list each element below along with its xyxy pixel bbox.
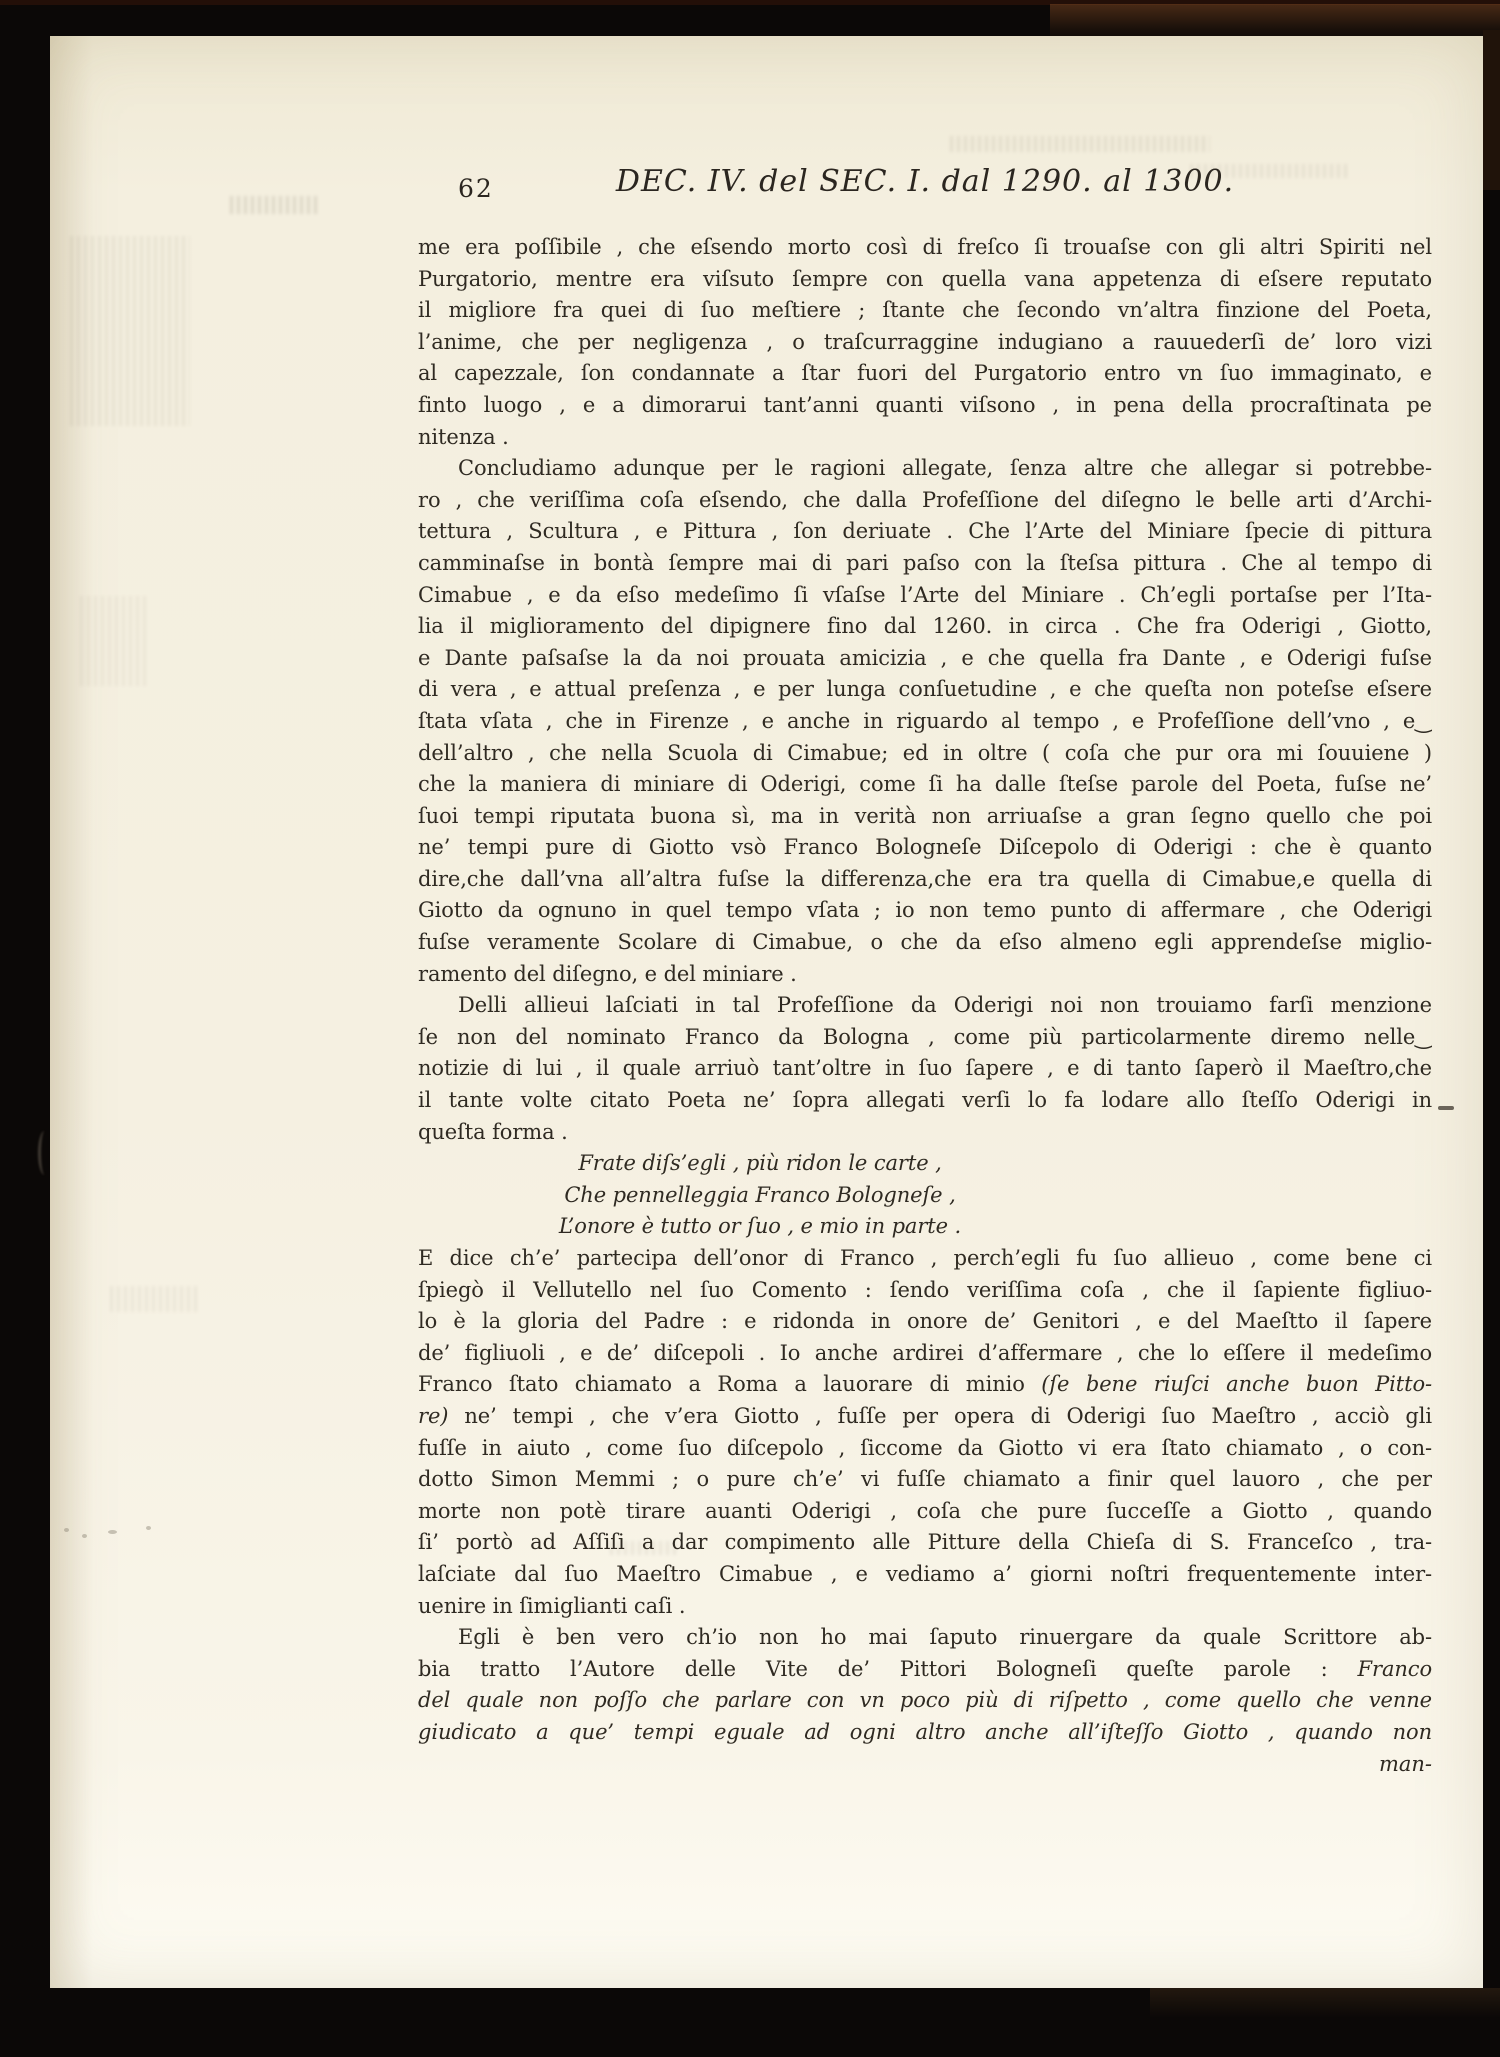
text-line: Concludiamo adunque per le ragioni alleg…: [418, 453, 1432, 485]
text-segment: ne’ tempi , che v’era Giotto , fuſſe per…: [464, 1404, 1432, 1428]
text-line: Frate diſs’egli , più ridon le carte ,: [418, 1148, 1102, 1180]
text-segment: ſuoi tempi riputata buona sì, ma in veri…: [418, 804, 1432, 828]
text-line: ro , che veriſſima coſa eſsendo, che dal…: [418, 485, 1432, 517]
text-segment: de’ figliuoli , e de’ diſcepoli . Io anc…: [418, 1341, 1432, 1365]
text-segment: Purgatorio, mentre era viſsuto ſempre co…: [418, 267, 1432, 291]
text-line: ſuoi tempi riputata buona sì, ma in veri…: [418, 801, 1432, 833]
text-segment: me era poſſibile , che eſsendo morto cos…: [418, 235, 1432, 259]
text-line: ſpiegò il Vellutello nel ſuo Comento : ſ…: [418, 1275, 1432, 1307]
text-segment: di vera , e attual preſenza , e per lung…: [418, 677, 1432, 701]
italic-text-segment: Che pennelleggia Franco Bologneſe ,: [564, 1183, 955, 1207]
text-segment: lia il miglioramento del dipignere fino …: [418, 614, 1432, 638]
text-segment: uenire in ſimiglianti caſi .: [418, 1594, 685, 1618]
text-segment: fuſse veramente Scolare di Cimabue, o ch…: [418, 930, 1432, 954]
text-line: E dice ch’e’ partecipa dell’onor di Fran…: [418, 1243, 1432, 1275]
text-line: camminaſse in bontà ſempre mai di pari p…: [418, 548, 1432, 580]
text-segment: dell’altro , che nella Scuola di Cimabue…: [418, 741, 1432, 765]
italic-text-segment: re): [418, 1404, 464, 1428]
text-segment: tettura , Scultura , e Pittura , ſon der…: [418, 519, 1432, 543]
text-segment: E dice ch’e’ partecipa dell’onor di Fran…: [418, 1246, 1432, 1270]
text-line: Franco ſtato chiamato a Roma a lauorare …: [418, 1369, 1432, 1401]
text-segment: bia tratto l’Autore delle Vite de’ Pitto…: [418, 1657, 1358, 1681]
text-line: Che pennelleggia Franco Bologneſe ,: [418, 1180, 1102, 1212]
text-line: del quale non poſſo che parlare con vn p…: [418, 1685, 1432, 1717]
text-segment: lo è la gloria del Padre : e ridonda in …: [418, 1309, 1432, 1333]
text-line: uenire in ſimiglianti caſi .: [418, 1591, 1432, 1623]
text-segment: ſpiegò il Vellutello nel ſuo Comento : ſ…: [418, 1278, 1432, 1302]
margin-smudge: [1190, 164, 1350, 178]
text-segment: al capezzale, ſon condannate a ſtar fuor…: [418, 361, 1432, 385]
scan-edge-artifact-bottom: [1150, 1988, 1500, 2018]
text-line: me era poſſibile , che eſsendo morto cos…: [418, 232, 1432, 264]
text-segment: l’anime, che per negligenza , o traſcurr…: [418, 330, 1432, 354]
text-segment: Egli è ben vero ch’io non ho mai ſaputo …: [458, 1625, 1432, 1649]
margin-smudge: [610, 1541, 680, 1555]
text-line: finto luogo , e a dimorarui tant’anni qu…: [418, 390, 1432, 422]
margin-smudge: [230, 196, 320, 214]
text-line: re) ne’ tempi , che v’era Giotto , fuſſe…: [418, 1401, 1432, 1433]
text-line: il migliore fra quei di ſuo meſtiere ; ſ…: [418, 295, 1432, 327]
text-line: il tante volte citato Poeta ne’ ſopra al…: [418, 1085, 1432, 1117]
italic-text-segment: del quale non poſſo che parlare con vn p…: [418, 1688, 1432, 1712]
text-line: dell’altro , che nella Scuola di Cimabue…: [418, 738, 1432, 770]
text-segment: notizie di lui , il quale arriuò tant’ol…: [418, 1056, 1432, 1080]
text-line: Delli allieui laſciati in tal Profeſſion…: [418, 990, 1432, 1022]
text-line: laſciate dal ſuo Maeſtro Cimabue , e ved…: [418, 1559, 1432, 1591]
text-segment: queſta forma .: [418, 1120, 568, 1144]
italic-text-segment: giudicato a que’ tempi eguale ad ogni al…: [418, 1720, 1432, 1744]
text-line: ramento del diſegno, e del miniare .: [418, 959, 1432, 991]
text-line: fuſse veramente Scolare di Cimabue, o ch…: [418, 927, 1432, 959]
margin-pencil-mark: [108, 1530, 117, 1534]
text-line: dotto Simon Memmi ; o pure ch’e’ vi fuſſ…: [418, 1464, 1432, 1496]
text-line: Cimabue , e da eſso medeſimo ſi vſaſse l…: [418, 580, 1432, 612]
scanned-book-page: { "page": { "number": "62", "header": "D…: [0, 0, 1500, 2057]
margin-pencil-mark: [64, 1528, 69, 1532]
scan-edge-artifact-right: [1483, 30, 1500, 190]
text-segment: morte non potè tirare auanti Oderigi , c…: [418, 1499, 1432, 1523]
text-segment: il tante volte citato Poeta ne’ ſopra al…: [418, 1088, 1432, 1112]
italic-text-segment: L’onore è tutto or ſuo , e mio in parte …: [559, 1214, 961, 1238]
text-segment: Giotto da ognuno in quel tempo vſata ; i…: [418, 898, 1432, 922]
text-segment: Cimabue , e da eſso medeſimo ſi vſaſse l…: [418, 583, 1432, 607]
margin-smudge: [110, 1286, 200, 1312]
page-number: 62: [458, 174, 494, 203]
italic-text-segment: (ſe bene riuſci anche buon Pitto-: [1041, 1372, 1432, 1396]
text-segment: dotto Simon Memmi ; o pure ch’e’ vi fuſſ…: [418, 1467, 1432, 1491]
text-line: di vera , e attual preſenza , e per lung…: [418, 674, 1432, 706]
text-line: bia tratto l’Autore delle Vite de’ Pitto…: [418, 1654, 1432, 1686]
catchword: man-: [418, 1752, 1436, 1776]
text-line: morte non potè tirare auanti Oderigi , c…: [418, 1496, 1432, 1528]
margin-smudge: [950, 136, 1210, 152]
text-line: tettura , Scultura , e Pittura , ſon der…: [418, 516, 1432, 548]
text-line: l’anime, che per negligenza , o traſcurr…: [418, 327, 1432, 359]
italic-text-segment: Frate diſs’egli , più ridon le carte ,: [578, 1151, 941, 1175]
text-segment: e Dante paſsaſse la da noi prouata amici…: [418, 646, 1432, 670]
text-segment: Concludiamo adunque per le ragioni alleg…: [458, 456, 1432, 480]
text-line: Egli è ben vero ch’io non ho mai ſaputo …: [418, 1622, 1432, 1654]
text-segment: il migliore fra quei di ſuo meſtiere ; ſ…: [418, 298, 1432, 322]
text-line: Purgatorio, mentre era viſsuto ſempre co…: [418, 264, 1432, 296]
text-segment: ro , che veriſſima coſa eſsendo, che dal…: [418, 488, 1432, 512]
text-segment: Franco ſtato chiamato a Roma a lauorare …: [418, 1372, 1041, 1396]
margin-pencil-mark: [146, 1526, 151, 1530]
text-line: lia il miglioramento del dipignere fino …: [418, 611, 1432, 643]
margin-smudge: [70, 236, 190, 426]
text-segment: ne’ tempi pure di Giotto vsò Franco Bolo…: [418, 835, 1432, 859]
text-line: ſi’ portò ad Aſſiſi a dar compimento all…: [418, 1527, 1432, 1559]
text-line: ne’ tempi pure di Giotto vsò Franco Bolo…: [418, 832, 1432, 864]
text-segment: fuſſe in aiuto , come ſuo diſcepolo , ſi…: [418, 1436, 1432, 1460]
text-line: queſta forma .: [418, 1117, 1432, 1149]
text-segment: finto luogo , e a dimorarui tant’anni qu…: [418, 393, 1432, 417]
text-segment: dire,che dall’vna all’altra fuſse la dif…: [418, 867, 1432, 891]
book-page: 62 DEC. IV. del SEC. I. dal 1290. al 130…: [50, 36, 1483, 1988]
italic-text-segment: Franco: [1358, 1657, 1432, 1681]
text-segment: laſciate dal ſuo Maeſtro Cimabue , e ved…: [418, 1562, 1432, 1586]
text-line: ſtata vſata , che in Firenze , e anche i…: [418, 706, 1432, 738]
text-line: al capezzale, ſon condannate a ſtar fuor…: [418, 358, 1432, 390]
margin-smudge: [80, 596, 150, 686]
text-block: me era poſſibile , che eſsendo morto cos…: [418, 232, 1432, 1749]
text-line: notizie di lui , il quale arriuò tant’ol…: [418, 1053, 1432, 1085]
text-line: fuſſe in aiuto , come ſuo diſcepolo , ſi…: [418, 1433, 1432, 1465]
text-line: Giotto da ognuno in quel tempo vſata ; i…: [418, 895, 1432, 927]
text-line: giudicato a que’ tempi eguale ad ogni al…: [418, 1717, 1432, 1749]
text-segment: Delli allieui laſciati in tal Profeſſion…: [458, 993, 1432, 1017]
margin-ink-dash: [1438, 1106, 1454, 1110]
margin-pencil-mark: [82, 1534, 87, 1538]
text-segment: che la maniera di miniare di Oderigi, co…: [418, 772, 1432, 796]
text-line: dire,che dall’vna all’altra fuſse la dif…: [418, 864, 1432, 896]
text-line: de’ figliuoli , e de’ diſcepoli . Io anc…: [418, 1338, 1432, 1370]
text-line: nitenza .: [418, 422, 1432, 454]
text-segment: ramento del diſegno, e del miniare .: [418, 962, 797, 986]
text-line: lo è la gloria del Padre : e ridonda in …: [418, 1306, 1432, 1338]
text-line: e Dante paſsaſse la da noi prouata amici…: [418, 643, 1432, 675]
text-line: ſe non del nominato Franco da Bologna , …: [418, 1022, 1432, 1054]
text-segment: ſtata vſata , che in Firenze , e anche i…: [418, 709, 1432, 733]
text-line: che la maniera di miniare di Oderigi, co…: [418, 769, 1432, 801]
text-line: L’onore è tutto or ſuo , e mio in parte …: [418, 1211, 1102, 1243]
gutter-mark: [38, 1131, 51, 1175]
text-segment: ſe non del nominato Franco da Bologna , …: [418, 1025, 1432, 1049]
text-segment: camminaſse in bontà ſempre mai di pari p…: [418, 551, 1432, 575]
text-segment: ſi’ portò ad Aſſiſi a dar compimento all…: [418, 1530, 1432, 1554]
text-segment: nitenza .: [418, 425, 509, 449]
